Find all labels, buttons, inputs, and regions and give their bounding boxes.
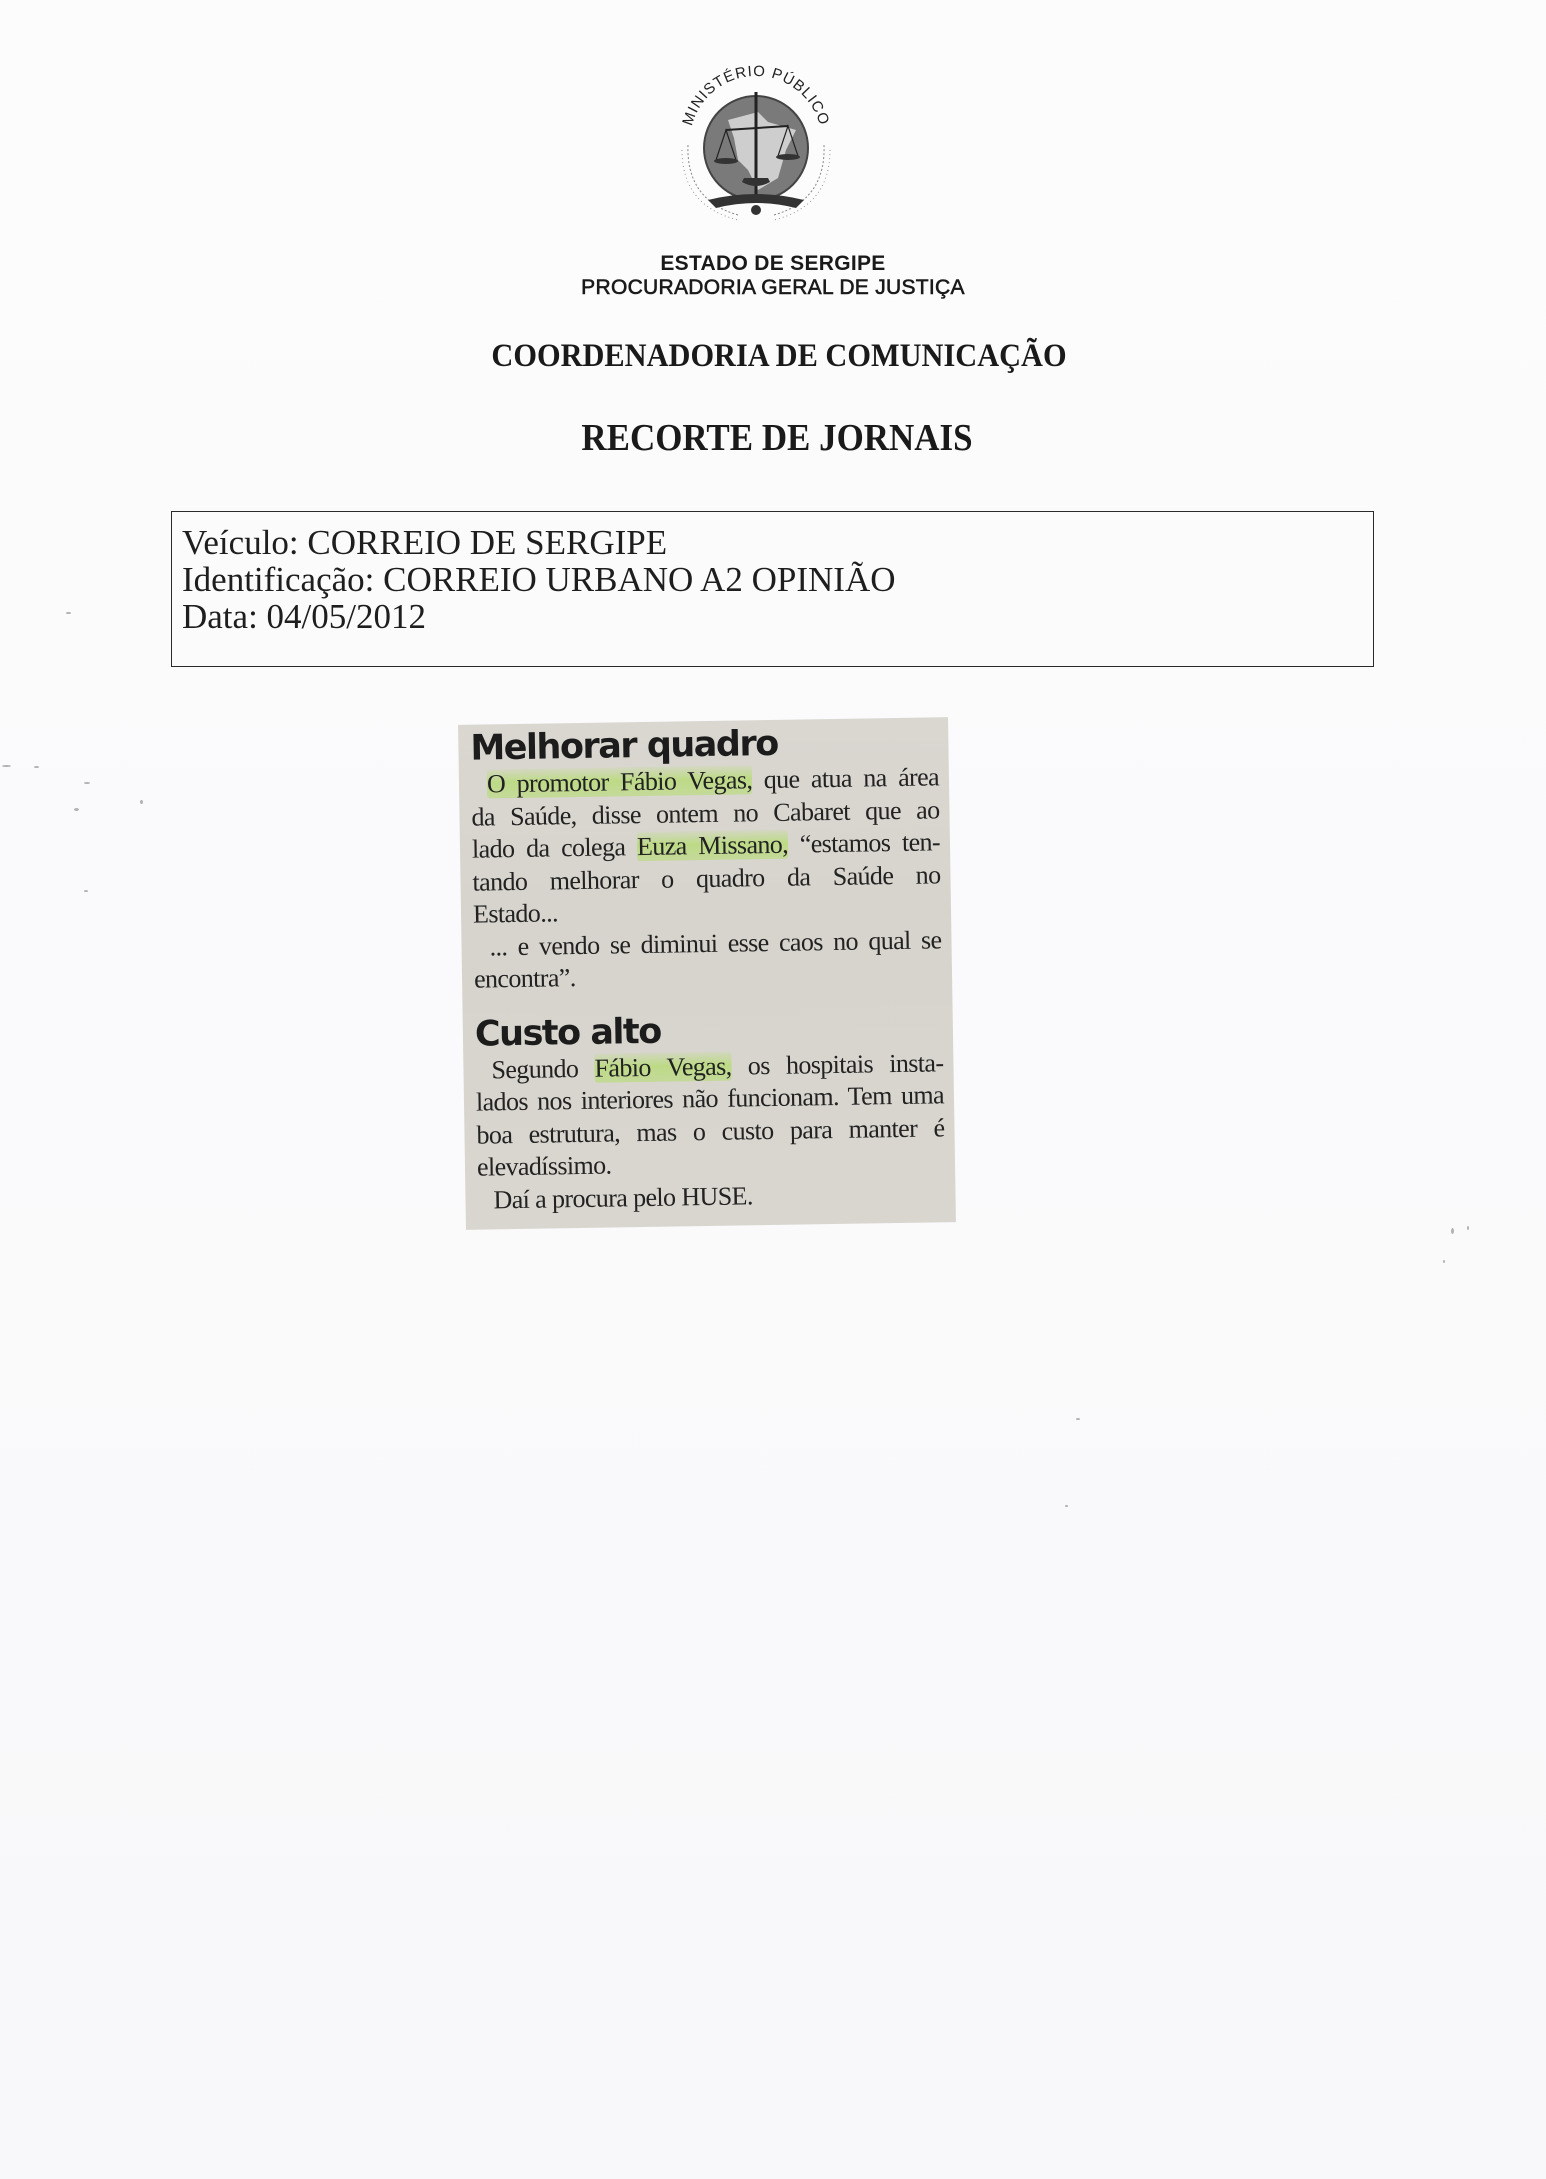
clipping-section-1-body: O promotor Fábio Vegas, que atua na área… — [471, 761, 943, 996]
document-title: RECORTE DE JORNAIS — [66, 416, 1488, 460]
clipping-title-melhorar-quadro: Melhorar quadro — [470, 717, 939, 768]
highlighted-name: Fábio Vegas, — [594, 1051, 731, 1082]
clipping-paragraph: ... e vendo se diminui esse caos no qual… — [473, 924, 942, 996]
text-line: encontra”. — [474, 956, 942, 996]
header-state: ESTADO DE SERGIPE — [0, 252, 1546, 276]
clipping-info-box: Veículo: CORREIO DE SERGIPE Identificaçã… — [171, 511, 1374, 667]
header-department: COORDENADORIA DE COMUNICAÇÃO — [68, 338, 1490, 375]
info-identificacao: Identificação: CORREIO URBANO A2 OPINIÃO — [182, 561, 1373, 598]
info-veiculo: Veículo: CORREIO DE SERGIPE — [182, 524, 1373, 561]
ministerio-publico-seal-icon: MINISTÉRIO PÚBLICO — [668, 50, 844, 230]
clipping-section-2-body: Segundo Fábio Vegas, os hospitais insta-… — [475, 1047, 945, 1217]
newspaper-clipping: Melhorar quadro O promotor Fábio Vegas, … — [458, 717, 956, 1230]
clipping-paragraph: Daí a procura pelo HUSE. — [477, 1177, 945, 1217]
highlighted-name: Euza Missano, — [637, 830, 789, 861]
info-data: Data: 04/05/2012 — [182, 598, 1373, 635]
clipping-paragraph: O promotor Fábio Vegas, que atua na área… — [471, 761, 941, 931]
text-line: Daí a procura pelo HUSE. — [477, 1177, 945, 1217]
clipping-paragraph: Segundo Fábio Vegas, os hospitais insta-… — [475, 1047, 945, 1184]
header-procuradoria: PROCURADORIA GERAL DE JUSTIÇA — [0, 276, 1546, 300]
highlighted-name: O promotor Fábio Vegas, — [487, 765, 753, 798]
